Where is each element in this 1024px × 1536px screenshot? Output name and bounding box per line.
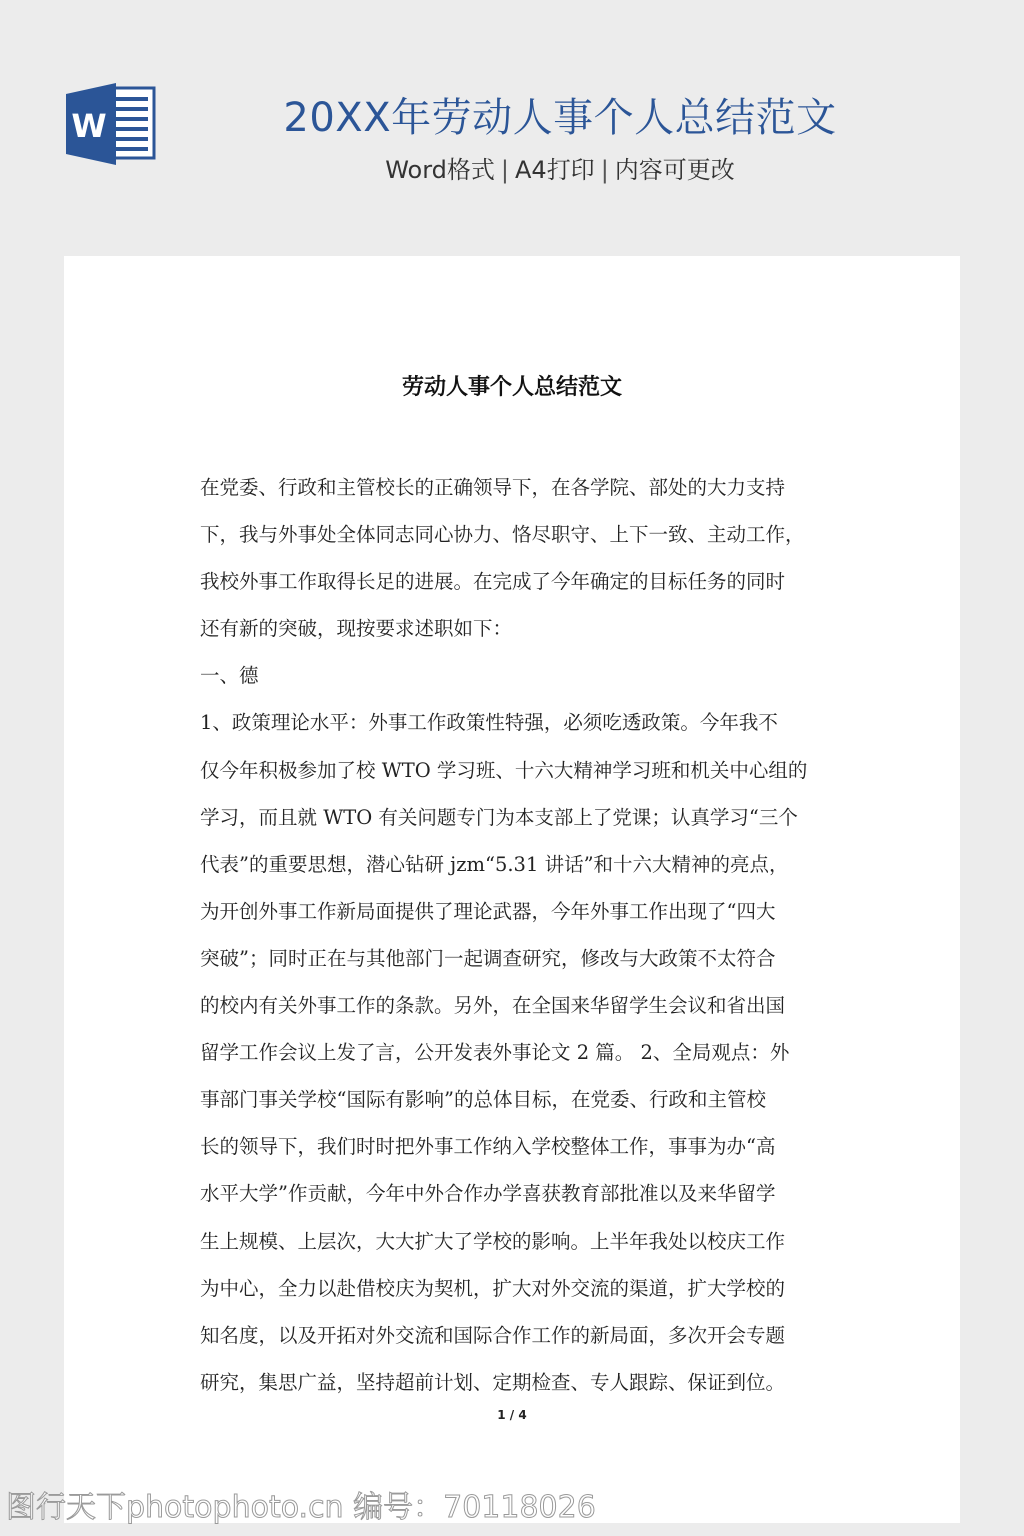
text-line: 事部门事关学校“国际有影响”的总体目标，在党委、行政和主管校 [200, 1076, 836, 1123]
document-title: 劳动人事个人总结范文 [64, 372, 960, 402]
text-line: 留学工作会议上发了言，公开发表外事论文 2 篇。 2、全局观点：外 [200, 1029, 836, 1076]
watermark: 图行天下photophoto.cn 编号：70118026 [6, 1488, 596, 1528]
word-app-icon: W [64, 81, 156, 165]
text-line: 代表”的重要思想，潜心钻研 jzm“5.31 讲话”和十六大精神的亮点， [200, 841, 836, 888]
text-line: 在党委、行政和主管校长的正确领导下，在各学院、部处的大力支持 [200, 464, 836, 511]
svg-text:W: W [71, 107, 106, 145]
text-line: 还有新的突破，现按要求述职如下： [200, 605, 836, 652]
print-label: A4打印 [515, 156, 595, 184]
format-label: Word格式 [385, 156, 495, 184]
document-page: 劳动人事个人总结范文 在党委、行政和主管校长的正确领导下，在各学院、部处的大力支… [64, 256, 960, 1523]
text-line: 知名度，以及开拓对外交流和国际合作工作的新局面，多次开会专题 [200, 1312, 836, 1359]
text-line: 长的领导下，我们时时把外事工作纳入学校整体工作，事事为办“高 [200, 1123, 836, 1170]
text-line: 水平大学”作贡献，今年中外合作办学喜获教育部批准以及来华留学 [200, 1170, 836, 1217]
text-line: 学习，而且就 WTO 有关问题专门为本支部上了党课；认真学习“三个 [200, 794, 836, 841]
text-line: 生上规模、上层次，大大扩大了学校的影响。上半年我处以校庆工作 [200, 1218, 836, 1265]
page-number: 1 / 4 [64, 1408, 960, 1422]
banner-subtitle: Word格式|A4打印|内容可更改 [270, 152, 850, 188]
separator: | [595, 156, 615, 184]
text-line: 仅今年积极参加了校 WTO 学习班、十六大精神学习班和机关中心组的 [200, 747, 836, 794]
text-line: 1、政策理论水平：外事工作政策性特强，必须吃透政策。今年我不 [200, 699, 836, 746]
word-icon: W [64, 81, 156, 165]
text-line: 突破”；同时正在与其他部门一起调查研究，修改与大政策不太符合 [200, 935, 836, 982]
banner-title: 20XX年劳动人事个人总结范文 [270, 92, 850, 144]
document-body: 在党委、行政和主管校长的正确领导下，在各学院、部处的大力支持 下，我与外事处全体… [200, 464, 836, 1406]
separator: | [495, 156, 515, 184]
editable-label: 内容可更改 [615, 156, 735, 184]
text-line: 我校外事工作取得长足的进展。在完成了今年确定的目标任务的同时 [200, 558, 836, 605]
text-line: 研究，集思广益，坚持超前计划、定期检查、专人跟踪、保证到位。 [200, 1359, 836, 1406]
text-line: 为开创外事工作新局面提供了理论武器，今年外事工作出现了“四大 [200, 888, 836, 935]
text-line: 下，我与外事处全体同志同心协力、恪尽职守、上下一致、主动工作， [200, 511, 836, 558]
text-line: 为中心，全力以赴借校庆为契机，扩大对外交流的渠道，扩大学校的 [200, 1265, 836, 1312]
section-heading: 一、德 [200, 652, 836, 699]
text-line: 的校内有关外事工作的条款。另外，在全国来华留学生会议和省出国 [200, 982, 836, 1029]
